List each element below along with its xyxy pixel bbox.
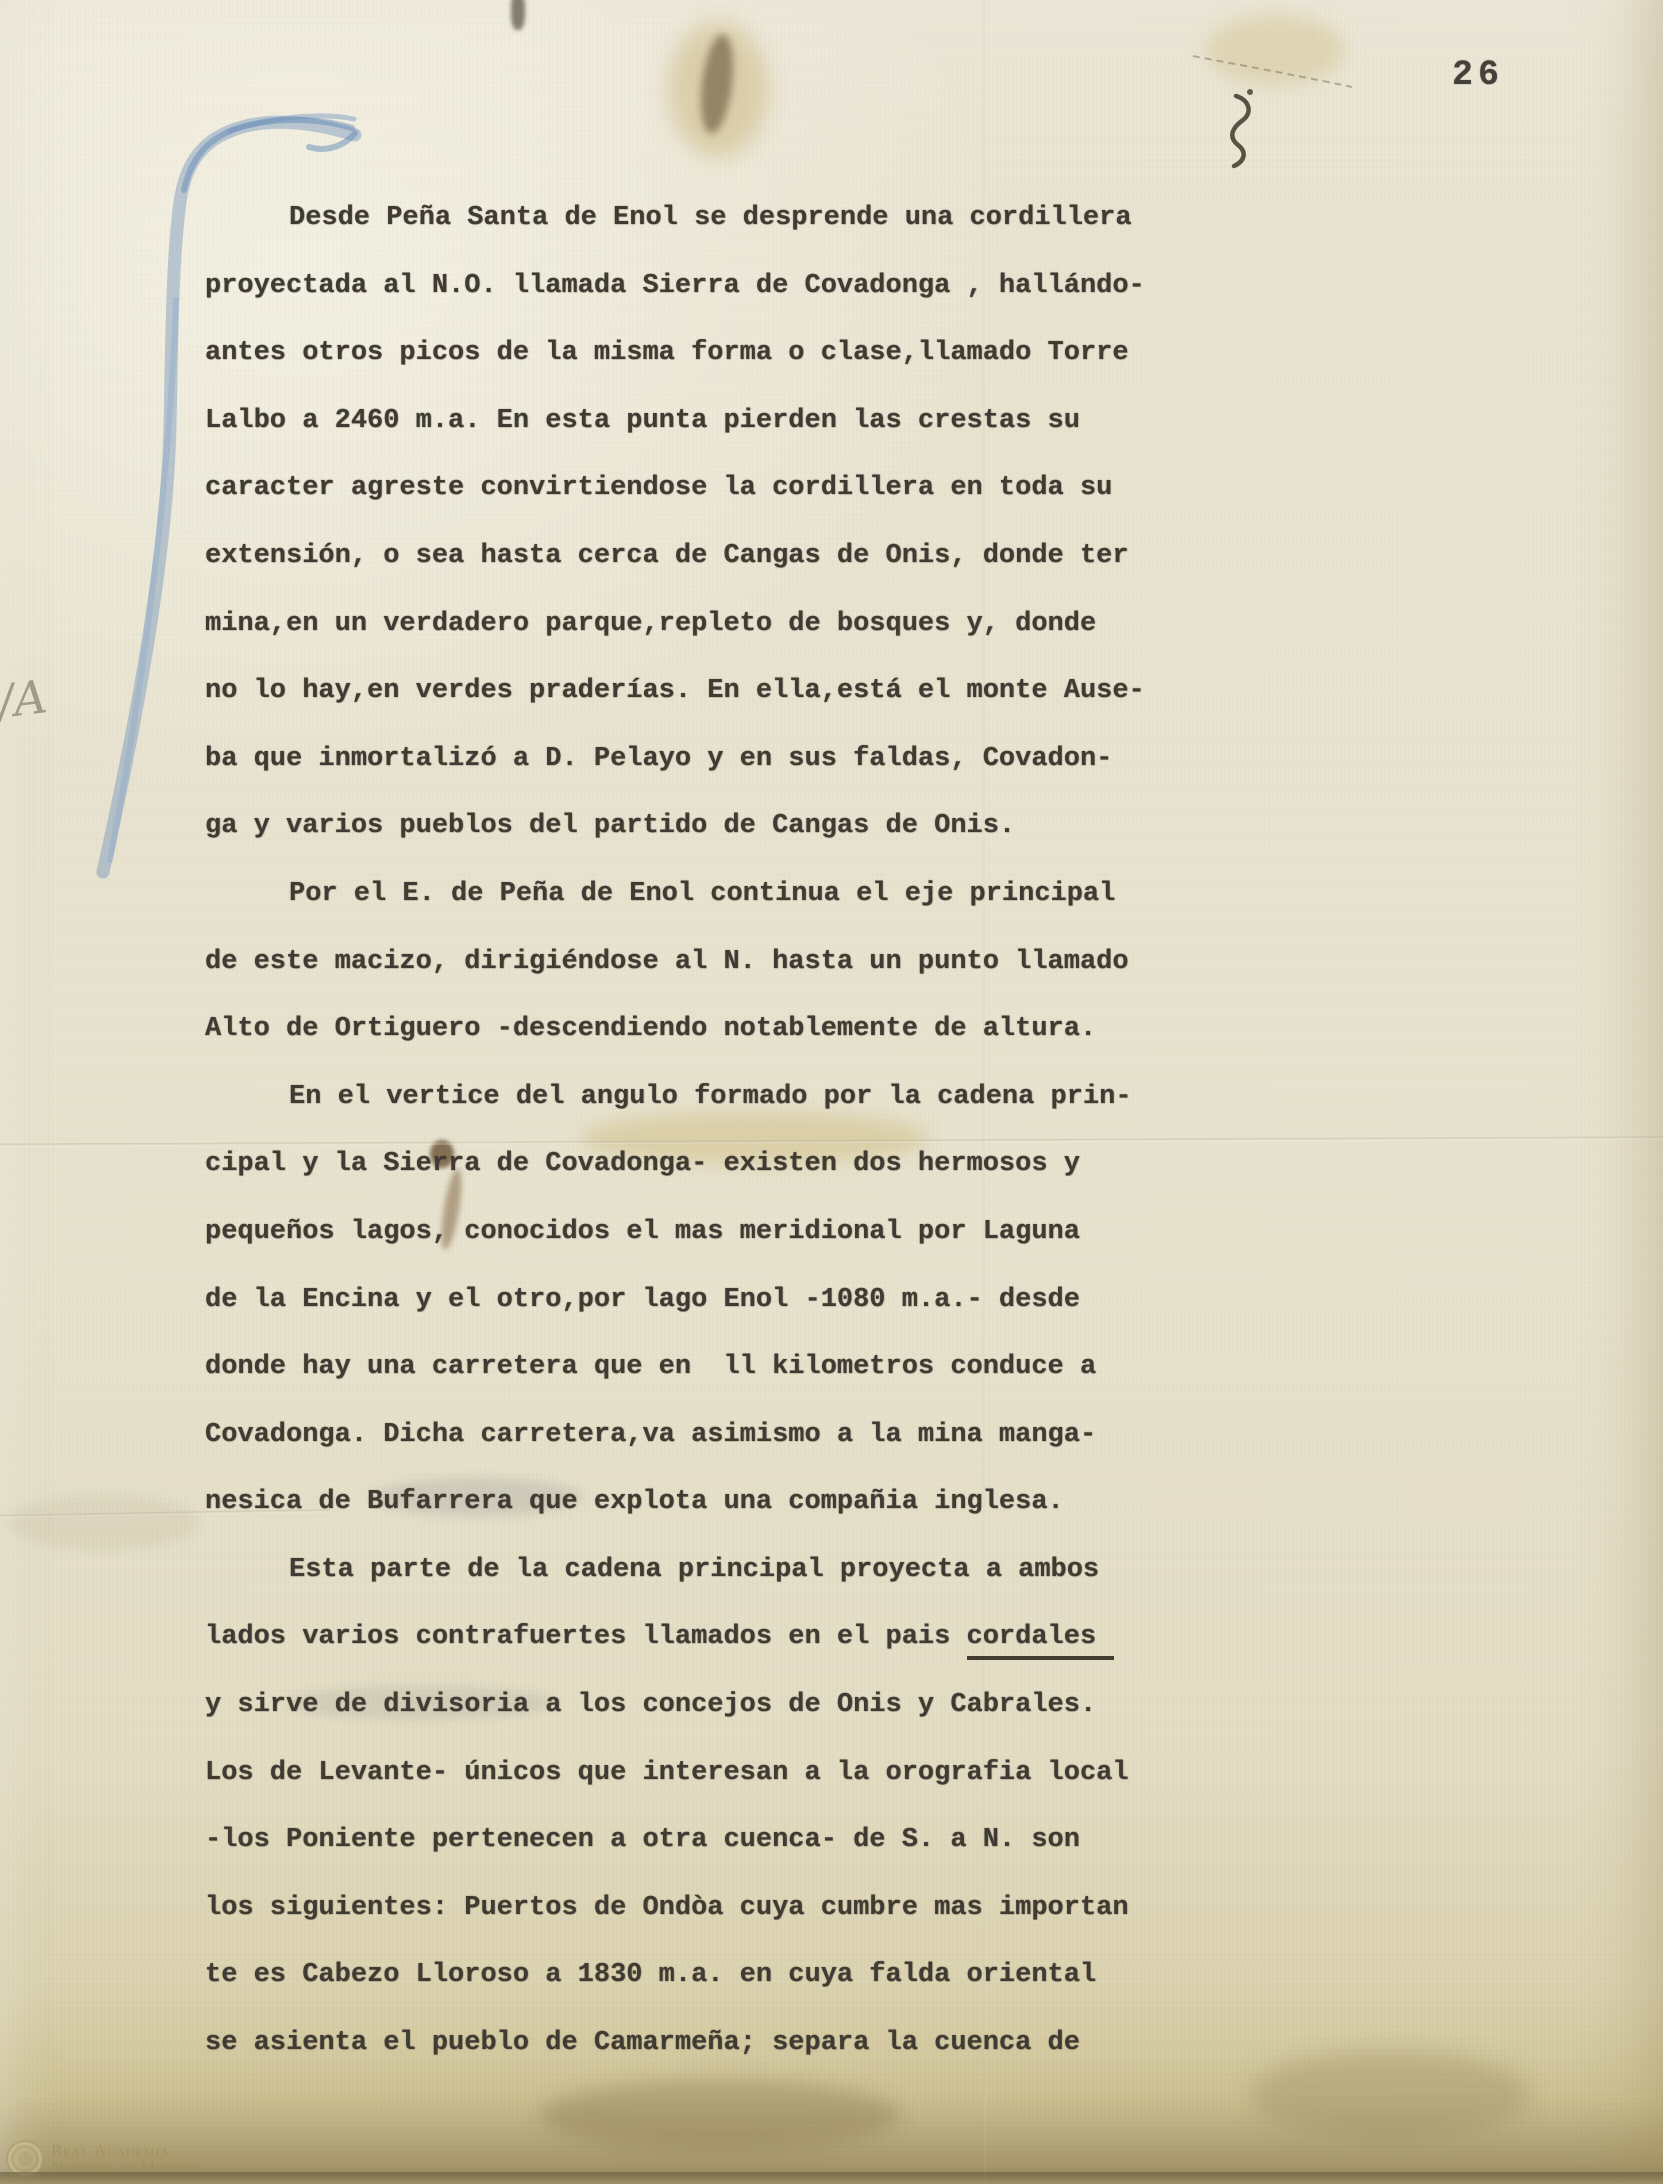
text-line: Covadonga. Dicha carretera,va asimismo a… <box>205 1402 1145 1470</box>
text-line: caracter agreste convirtiendose la cordi… <box>205 455 1145 523</box>
stain <box>696 33 738 136</box>
ink-squiggle-mark <box>1232 89 1253 166</box>
text-line: cipal y la Sierra de Covadonga- existen … <box>205 1131 1145 1199</box>
text-line: Por el E. de Peña de Enol continua el ej… <box>205 861 1145 929</box>
text-line: los siguientes: Puertos de Ondòa cuya cu… <box>205 1875 1145 1943</box>
text-line: mina,en un verdadero parque,repleto de b… <box>205 591 1145 659</box>
text-line: pequeños lagos, conocidos el mas meridio… <box>205 1199 1145 1267</box>
text-line: antes otros picos de la misma forma o cl… <box>205 320 1145 388</box>
stain <box>1205 15 1345 85</box>
text-line: te es Cabezo Lloroso a 1830 m.a. en cuya… <box>205 1942 1145 2010</box>
stain <box>540 2080 900 2150</box>
text-segment: lados varios contrafuertes llamados en e… <box>205 1622 967 1652</box>
text-line: lados varios contrafuertes llamados en e… <box>205 1604 1145 1672</box>
text-line: nesica de Bufarrera que explota una comp… <box>205 1469 1145 1537</box>
pencil-annotation: /A <box>0 669 50 729</box>
text-line: Alto de Ortiguero -descendiendo notablem… <box>205 996 1145 1064</box>
stain <box>1250 2050 1530 2140</box>
underlined-word: cordales <box>967 1621 1115 1660</box>
stain <box>8 1495 198 1550</box>
text-line: no lo hay,en verdes praderías. En ella,e… <box>205 658 1145 726</box>
text-body: Desde Peña Santa de Enol se desprende un… <box>205 185 1145 2078</box>
text-line: donde hay una carretera que en ll kilome… <box>205 1334 1145 1402</box>
text-line: Desde Peña Santa de Enol se desprende un… <box>205 185 1145 253</box>
stain <box>668 22 768 157</box>
text-line: ba que inmortalizó a D. Pelayo y en sus … <box>205 726 1145 794</box>
text-line: de este macizo, dirigiéndose al N. hasta… <box>205 929 1145 997</box>
text-line: ga y varios pueblos del partido de Canga… <box>205 793 1145 861</box>
watermark-line1: Real Academia <box>51 2142 204 2160</box>
page-bottom-edge <box>0 2172 1663 2184</box>
typewritten-manuscript-page: 26 /A Desde Peña Santa de Enol se despre… <box>0 0 1663 2184</box>
text-line: Los de Levante- únicos que interesan a l… <box>205 1740 1145 1808</box>
graphite-streak <box>1193 56 1352 87</box>
text-line: y sirve de divisoria a los concejos de O… <box>205 1672 1145 1740</box>
text-line: se asienta el pueblo de Camarmeña; separ… <box>205 2010 1145 2078</box>
page-number: 26 <box>1452 55 1504 95</box>
text-line: -los Poniente pertenecen a otra cuenca- … <box>205 1807 1145 1875</box>
text-line: Lalbo a 2460 m.a. En esta punta pierden … <box>205 388 1145 456</box>
text-line: En el vertice del angulo formado por la … <box>205 1064 1145 1132</box>
stain <box>511 0 525 30</box>
text-line: proyectada al N.O. llamada Sierra de Cov… <box>205 253 1145 321</box>
text-line: de la Encina y el otro,por lago Enol -10… <box>205 1267 1145 1335</box>
text-line: Esta parte de la cadena principal proyec… <box>205 1537 1145 1605</box>
text-line: extensión, o sea hasta cerca de Cangas d… <box>205 523 1145 591</box>
